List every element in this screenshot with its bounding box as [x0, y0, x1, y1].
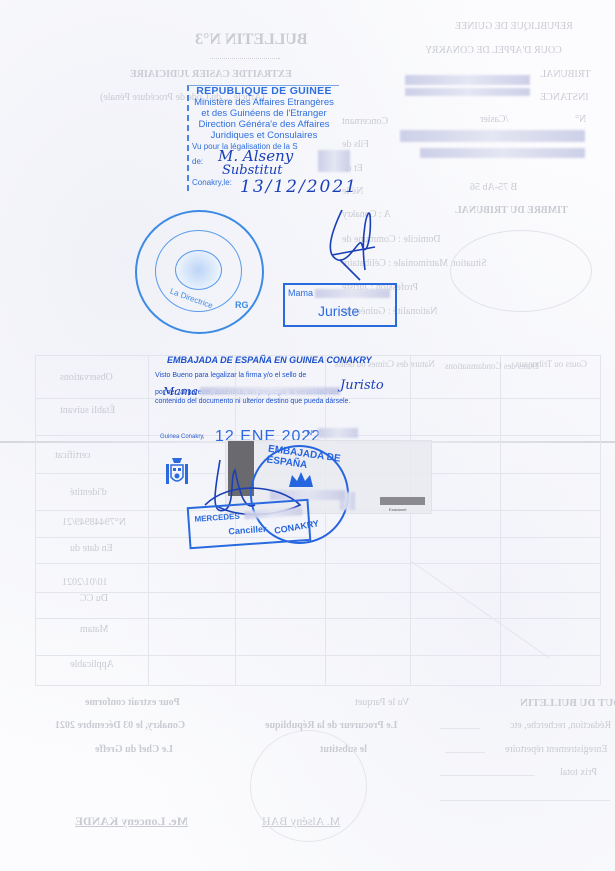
- handwritten-signer-name: Mama: [163, 385, 198, 398]
- cost-line: [445, 752, 485, 753]
- bleed-subtitle: EXTRAITDE CASIER JUDICIAIRE: [130, 70, 292, 80]
- bleed-sig-name: Me. Lonceny KANDE: [75, 815, 188, 827]
- bleed-dotted-line: [210, 58, 280, 59]
- signer-first-name: MERCEDES: [194, 512, 240, 524]
- redaction-bar: [405, 88, 530, 96]
- number-label: N°: [307, 430, 315, 437]
- fee-label: Exacionel: [389, 507, 406, 512]
- redaction-bar: [420, 148, 585, 158]
- jurist-title: Juriste: [318, 303, 359, 319]
- cost-line: [440, 728, 480, 729]
- bleed-header-right-5: N°: [575, 115, 586, 125]
- redaction-bar: [405, 75, 530, 85]
- table-border: [35, 655, 600, 656]
- table-border: [35, 563, 600, 564]
- bleed-title: BULLETIN N°3: [195, 32, 308, 48]
- jurist-stamp: Mama Juriste: [283, 283, 397, 327]
- bleed-header-right-4: INSTANCE: [540, 93, 589, 103]
- cancel-line: [410, 560, 550, 658]
- handwritten-title: Substitut: [222, 163, 282, 178]
- table-border: [500, 355, 501, 685]
- fee-stamp-bar: [380, 497, 425, 505]
- bleed-sig-line: Vu le Parquet: [355, 698, 409, 708]
- bleed-sig-line: Le Procureur de la République: [265, 721, 397, 731]
- signature: [320, 205, 380, 285]
- table-border: [35, 685, 600, 686]
- bleed-left-cell: certificat: [55, 451, 91, 461]
- stamp-line: Ministère des Affaires Etrangères: [189, 97, 339, 108]
- cost-line: [440, 775, 535, 776]
- bleed-left-cell: Établi suivant: [60, 406, 115, 416]
- table-border: [148, 355, 149, 685]
- bleed-tribunal-stamp: TIMBRE DU TRIBUNAL: [455, 206, 568, 216]
- bleed-sig-line: Le Chef du Greffe: [95, 745, 173, 755]
- table-border: [35, 618, 600, 619]
- handwritten-date: 13/12/2021: [240, 177, 358, 197]
- redaction-bar: [318, 150, 350, 172]
- bleed-left-cell: N°79448949/21: [62, 518, 126, 528]
- legalization-text-3: contenido del documento ni ulterior dest…: [155, 397, 455, 406]
- bleed-cost-line: Enregistrement répertoire: [505, 745, 607, 755]
- bleed-left-cell: Du CC: [80, 594, 108, 604]
- stamp-line: et des Guinéens de l'Etranger: [189, 108, 339, 119]
- bleed-cost-title: COUT DU BULLETIN: [520, 698, 615, 709]
- cost-line: [440, 800, 610, 801]
- spain-coat-of-arms-icon: [163, 455, 191, 489]
- legalization-text-1: Visto Bueno para legalizar la firma y/o …: [155, 371, 455, 380]
- bleed-field: Fils de: [342, 140, 369, 150]
- guinea-ministry-round-stamp: La Directrice RG: [135, 210, 264, 334]
- bleed-left-cell: Matam: [80, 625, 108, 635]
- stamp-line: Juridiques et Consulaires: [189, 130, 339, 141]
- stamp-line: Direction Généra'e des Affaires: [189, 119, 339, 130]
- bleed-stamp-code: B 75-Ab 56: [470, 183, 517, 193]
- bleed-left-cell: Applicable: [70, 660, 114, 670]
- bleed-table-header: Cours ou Tribunaux: [515, 360, 587, 369]
- bleed-left-cell: d'identité: [70, 488, 107, 498]
- stamp-code: RG: [235, 300, 249, 310]
- bleed-sig-line: Pour extrait conforme: [85, 698, 180, 708]
- redaction-bar: [200, 387, 340, 395]
- bleed-field: Concernant: [342, 117, 388, 127]
- signer-title: Canciller: [228, 524, 267, 537]
- bleed-sig-line: Conakry, le 03 Décembre 2021: [55, 721, 185, 731]
- redaction-bar: [244, 507, 302, 519]
- bleed-left-cell: 10/01/2021: [62, 578, 108, 588]
- embassy-heading: EMBAJADA DE ESPAÑA EN GUINEA CONAKRY: [167, 355, 455, 365]
- bleed-header-right-2: COUR D'APPEL DE CONAKRY: [425, 46, 562, 56]
- bleed-left-cell: Observations: [60, 373, 113, 383]
- table-border: [35, 592, 600, 593]
- scanned-document: BULLETIN N°3 EXTRAITDE CASIER JUDICIAIRE…: [0, 0, 615, 871]
- place-label: Guinea Conakry,: [160, 434, 205, 440]
- bleed-header-right-1: REPUBLIQUE DE GUINEE: [455, 22, 573, 32]
- jurist-name: Mama: [288, 288, 313, 298]
- table-border: [600, 355, 601, 685]
- canciller-stamp: MERCEDES Canciller: [187, 499, 312, 549]
- redaction-bar: [400, 130, 585, 142]
- handwritten-signer-title: Juristo: [340, 378, 384, 393]
- emblem-icon: [175, 250, 222, 290]
- bleed-cost-line: Rédaction, recherche, etc: [510, 721, 611, 731]
- bleed-header-right-3: TRIBUNAL: [540, 70, 591, 80]
- table-border: [35, 355, 36, 685]
- redaction-bar: [315, 289, 390, 298]
- stamp-line: REPUBLIQUE DE GUINEE: [189, 86, 339, 97]
- bleed-left-cell: En date du: [70, 544, 113, 554]
- faint-parquet-stamp: [250, 730, 367, 842]
- bleed-header-right-6: /Casier: [480, 115, 508, 125]
- redaction-bar: [318, 428, 358, 438]
- faint-tribunal-stamp: [450, 230, 592, 312]
- bleed-cost-line: Prix total: [560, 768, 597, 778]
- spain-legalization: EMBAJADA DE ESPAÑA EN GUINEA CONAKRY Vis…: [155, 355, 455, 406]
